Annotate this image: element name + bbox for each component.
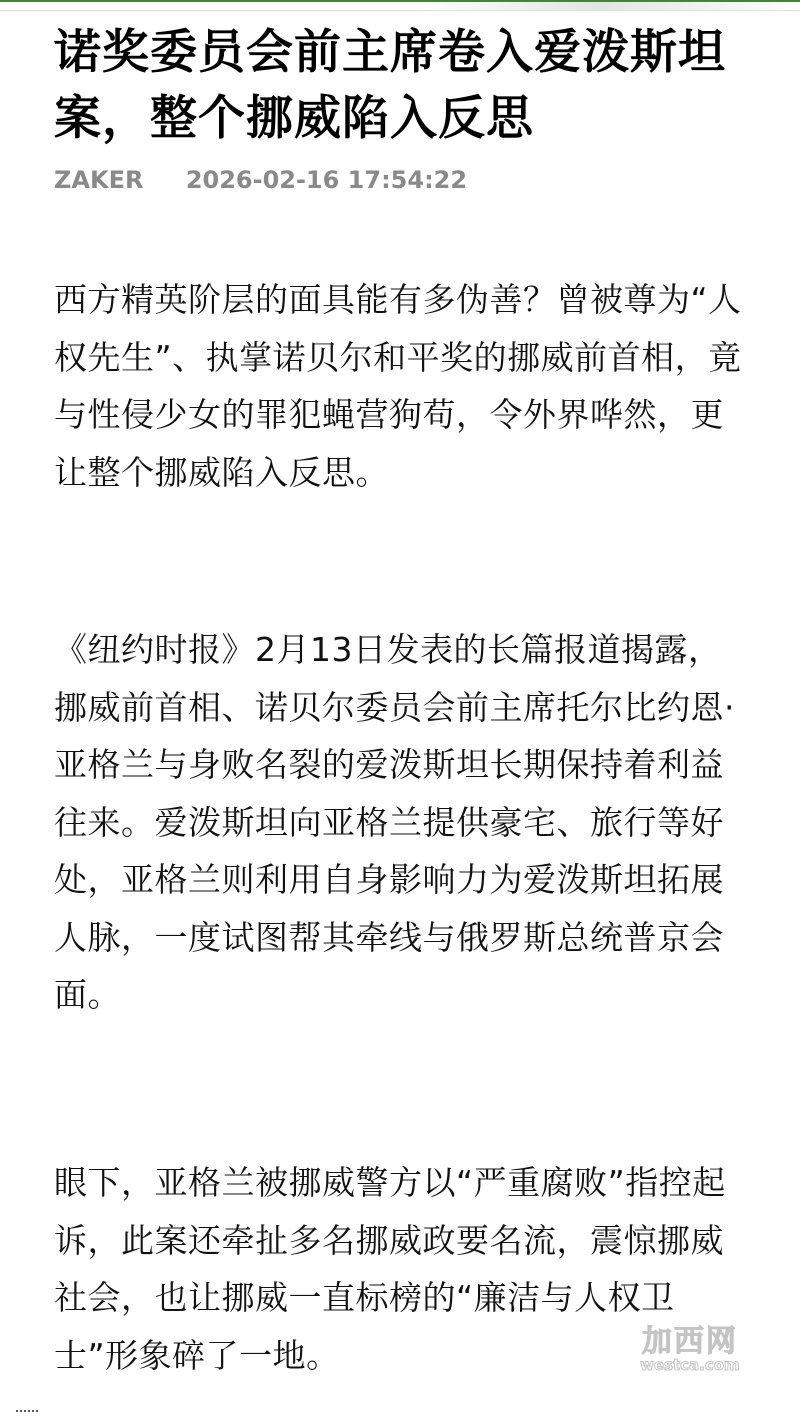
article-source[interactable]: ZAKER [54, 166, 143, 194]
article-paragraph: 西方精英阶层的面具能有多伪善？曾被尊为“人权先生”、执掌诺贝尔和平奖的挪威前首相… [54, 271, 754, 501]
article-timestamp: 2026-02-16 17:54:22 [186, 166, 467, 194]
watermark-logo: 加西网 westca.com [640, 1327, 740, 1373]
article-paragraph: 《纽约时报》2月13日发表的长篇报道揭露，挪威前首相、诺贝尔委员会前主席托尔比约… [54, 621, 754, 1024]
article-meta: ZAKER 2026-02-16 17:54:22 [54, 166, 467, 194]
article-title: 诺奖委员会前主席卷入爱泼斯坦案，整个挪威陷入反思 [54, 20, 774, 152]
watermark-cn: 加西网 [640, 1327, 740, 1357]
bottom-partial-glyph [16, 1410, 38, 1416]
watermark-en: westca.com [640, 1357, 740, 1373]
top-bar [0, 0, 800, 11]
